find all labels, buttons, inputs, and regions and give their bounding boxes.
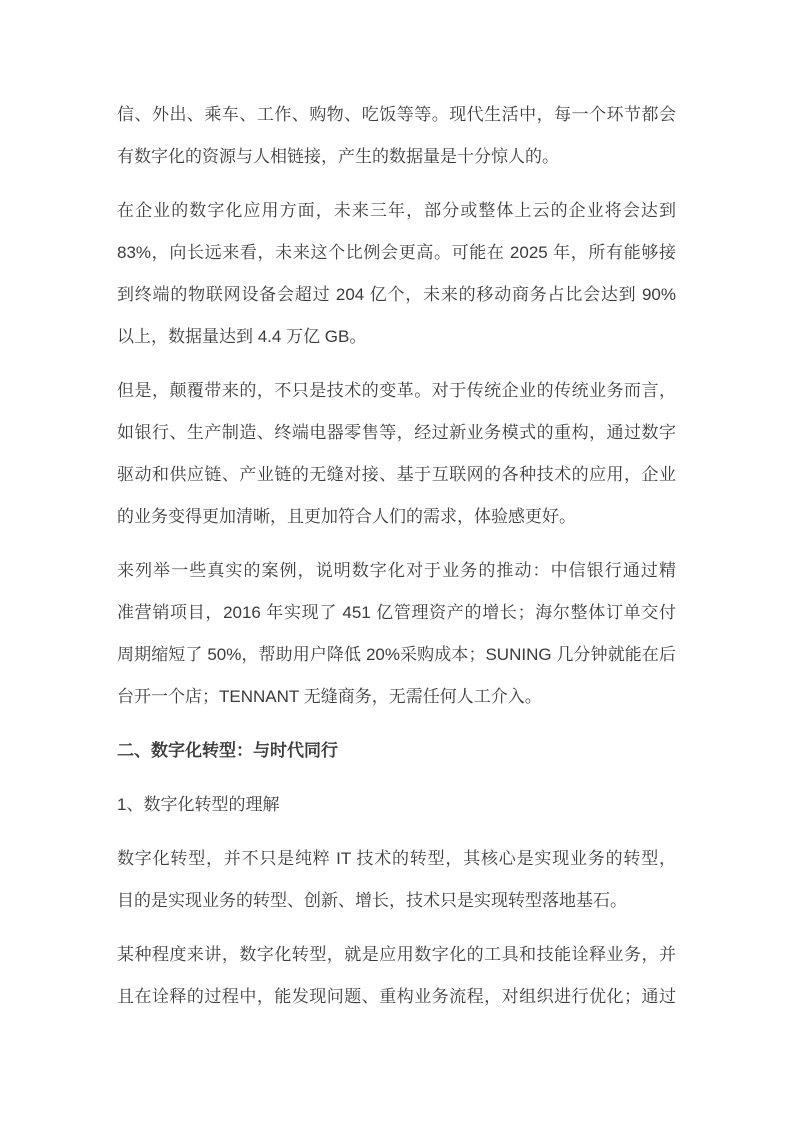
text-line: 如银行、生产制造、终端电器零售等，经过新业务模式的重构，通过数字 [117, 412, 676, 454]
text-line: 周期缩短了 50%，帮助用户降低 20%采购成本；SUNING 几分钟就能在后 [117, 634, 676, 676]
text-line: 83%，向长远来看，未来这个比例会更高。可能在 2025 年，所有能够接 [117, 232, 676, 274]
text-line: 台开一个店；TENNANT 无缝商务，无需任何人工介入。 [117, 676, 676, 718]
text-line: 但是，颠覆带来的，不只是技术的变革。对于传统企业的传统业务而言， [117, 370, 676, 412]
text-line: 的业务变得更加清晰，且更加符合人们的需求，体验感更好。 [117, 496, 676, 538]
text-line: 信、外出、乘车、工作、购物、吃饭等等。现代生活中，每一个环节都会 [117, 94, 676, 136]
document-page: 信、外出、乘车、工作、购物、吃饭等等。现代生活中，每一个环节都会 有数字化的资源… [0, 0, 793, 1122]
paragraph: 但是，颠覆带来的，不只是技术的变革。对于传统企业的传统业务而言， 如银行、生产制… [117, 370, 676, 538]
text-line: 数字化转型，并不只是纯粹 IT 技术的转型，其核心是实现业务的转型， [117, 838, 676, 880]
text-line: 有数字化的资源与人相链接，产生的数据量是十分惊人的。 [117, 136, 676, 178]
text-line: 准营销项目，2016 年实现了 451 亿管理资产的增长；海尔整体订单交付 [117, 592, 676, 634]
text-line: 驱动和供应链、产业链的无缝对接、基于互联网的各种技术的应用，企业 [117, 454, 676, 496]
paragraph: 数字化转型，并不只是纯粹 IT 技术的转型，其核心是实现业务的转型， 目的是实现… [117, 838, 676, 922]
text-line: 目的是实现业务的转型、创新、增长，技术只是实现转型落地基石。 [117, 880, 676, 922]
text-line: 到终端的物联网设备会超过 204 亿个，未来的移动商务占比会达到 90% [117, 274, 676, 316]
paragraph: 来列举一些真实的案例，说明数字化对于业务的推动：中信银行通过精 准营销项目，20… [117, 550, 676, 718]
paragraph: 信、外出、乘车、工作、购物、吃饭等等。现代生活中，每一个环节都会 有数字化的资源… [117, 94, 676, 178]
section-heading: 二、数字化转型：与时代同行 [117, 730, 676, 772]
text-line: 某种程度来讲，数字化转型，就是应用数字化的工具和技能诠释业务，并 [117, 934, 676, 976]
paragraph: 在企业的数字化应用方面，未来三年，部分或整体上云的企业将会达到 83%，向长远来… [117, 190, 676, 358]
text-line: 来列举一些真实的案例，说明数字化对于业务的推动：中信银行通过精 [117, 550, 676, 592]
subsection-heading: 1、数字化转型的理解 [117, 784, 676, 826]
text-line: 在企业的数字化应用方面，未来三年，部分或整体上云的企业将会达到 [117, 190, 676, 232]
text-line: 以上，数据量达到 4.4 万亿 GB。 [117, 316, 676, 358]
paragraph: 某种程度来讲，数字化转型，就是应用数字化的工具和技能诠释业务，并 且在诠释的过程… [117, 934, 676, 1018]
text-line: 且在诠释的过程中，能发现问题、重构业务流程，对组织进行优化；通过 [117, 976, 676, 1018]
